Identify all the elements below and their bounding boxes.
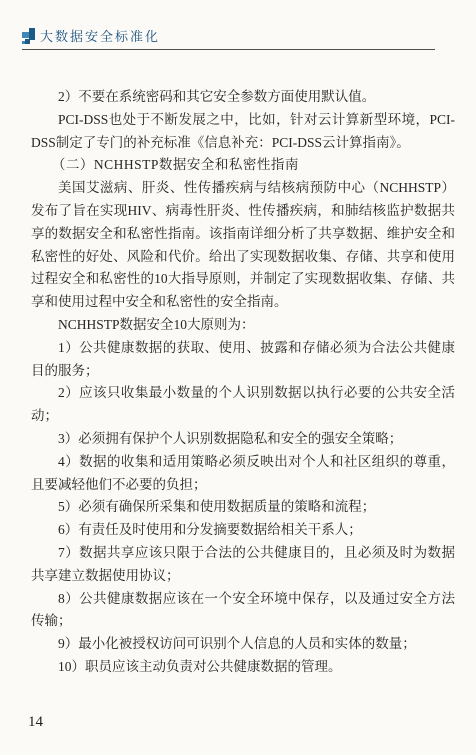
- body-paragraph: PCI-DSS也处于不断发展之中，比如，针对云计算新型环境，PCI-DSS制定了…: [31, 109, 455, 155]
- pixel-squares-logo-icon: [22, 28, 36, 45]
- page-number: 14: [28, 714, 43, 730]
- body-paragraph: 9）最小化被授权访问可识别个人信息的人员和实体的数量；: [31, 633, 455, 656]
- page-header: 大数据安全标准化: [22, 28, 435, 50]
- running-head-title: 大数据安全标准化: [40, 28, 160, 45]
- body-paragraph: 1）公共健康数据的获取、使用、披露和存储必须为合法公共健康目的服务；: [31, 337, 455, 383]
- body-paragraph: 8）公共健康数据应该在一个安全环境中保存，以及通过安全方法传输；: [31, 588, 455, 634]
- body-paragraph: NCHHSTP数据安全10大原则为：: [31, 314, 455, 337]
- page-footer: 14: [28, 713, 43, 731]
- body-paragraph: 6）有责任及时使用和分发摘要数据给相关干系人；: [31, 519, 455, 542]
- body-paragraph: 2）应该只收集最小数量的个人识别数据以执行必要的公共安全活动；: [31, 382, 455, 428]
- paragraph-list: 2）不要在系统密码和其它安全参数方面使用默认值。PCI-DSS也处于不断发展之中…: [31, 86, 455, 679]
- body-paragraph: 7）数据共享应该只限于合法的公共健康目的，且必须及时为数据共享建立数据使用协议；: [31, 542, 455, 588]
- page-body: 2）不要在系统密码和其它安全参数方面使用默认值。PCI-DSS也处于不断发展之中…: [31, 86, 455, 679]
- body-paragraph: 美国艾滋病、肝炎、性传播疾病与结核病预防中心（NCHHSTP）发布了旨在实现HI…: [31, 177, 455, 314]
- body-paragraph: 4）数据的收集和适用策略必须反映出对个人和社区组织的尊重，且要减轻他们不必要的负…: [31, 451, 455, 497]
- section-subheading: （二）NCHHSTP数据安全和私密性指南: [31, 154, 455, 177]
- body-paragraph: 10）职员应该主动负责对公共健康数据的管理。: [31, 656, 455, 679]
- body-paragraph: 2）不要在系统密码和其它安全参数方面使用默认值。: [31, 86, 455, 109]
- body-paragraph: 5）必须有确保所采集和使用数据质量的策略和流程；: [31, 496, 455, 519]
- body-paragraph: 3）必须拥有保护个人识别数据隐私和安全的强安全策略；: [31, 428, 455, 451]
